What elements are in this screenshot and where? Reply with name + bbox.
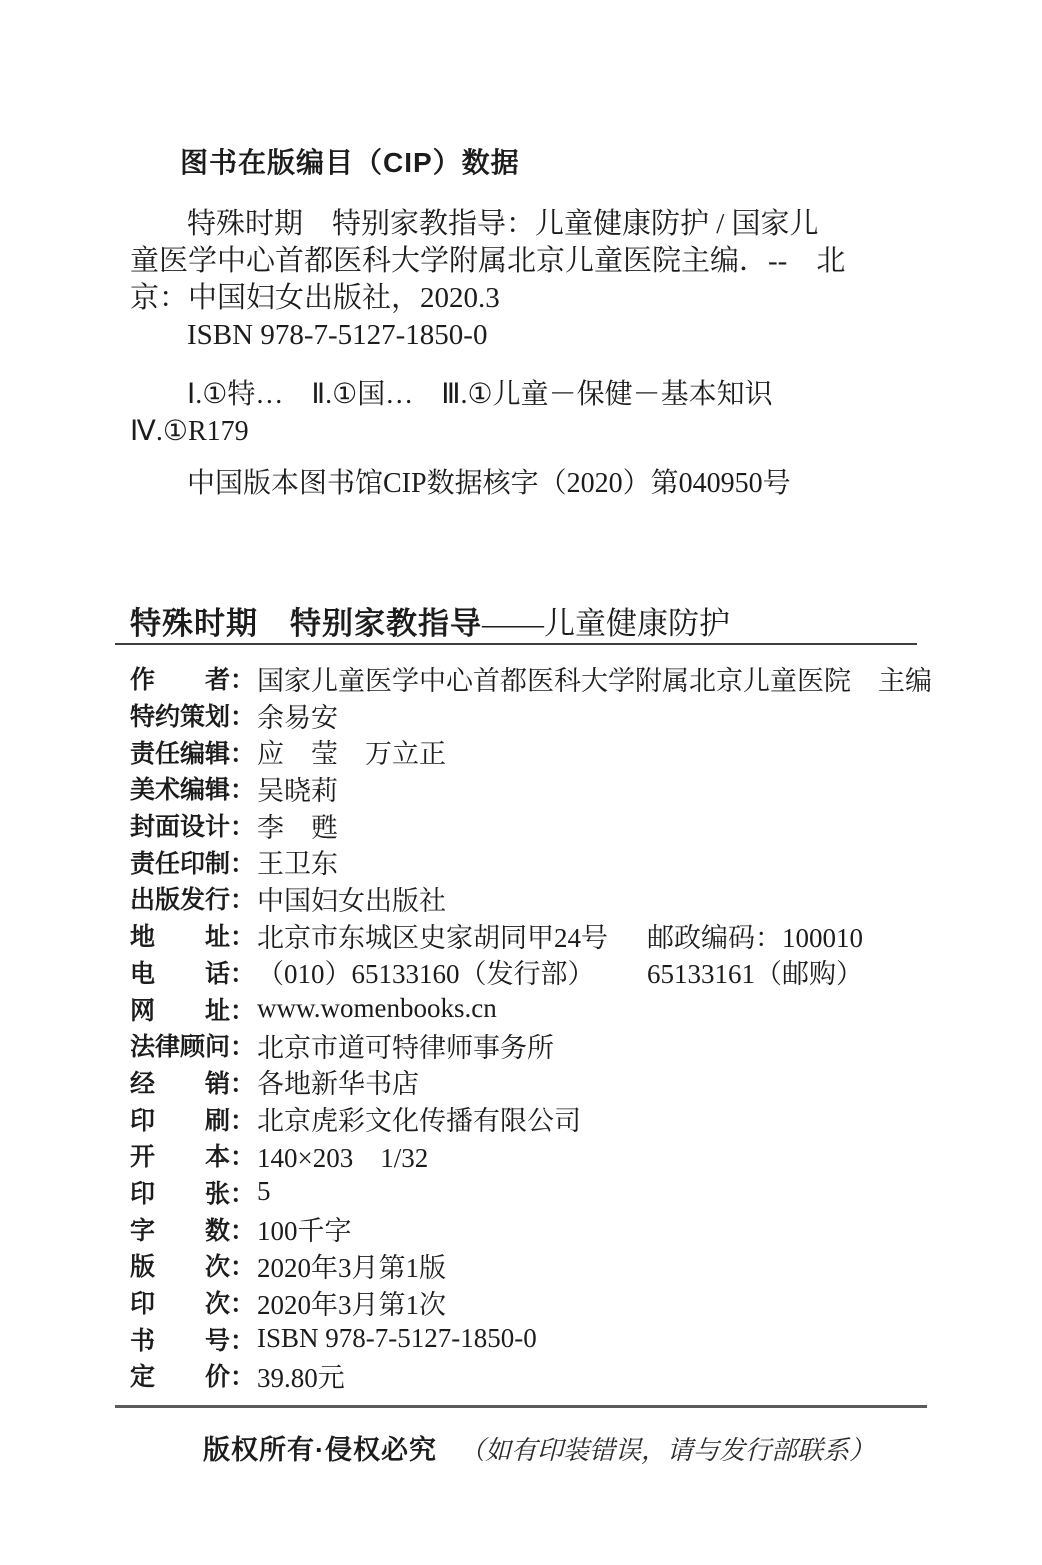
row-colon: ： [230,1321,255,1357]
row-colon: ： [230,1357,255,1393]
book-title-subtitle: ——儿童健康防护 [482,606,730,641]
colophon-row: 作 者：国家儿童医学中心首都医科大学附属北京儿童医院 主编 [130,660,930,697]
row-label: 印 刷 [130,1101,230,1137]
cip-paragraph-line: 特殊时期 特别家教指导：儿童健康防护 / 国家儿 [130,206,845,243]
title-divider [115,643,917,645]
row-colon: ： [230,1064,255,1100]
row-label: 封面设计 [130,807,230,843]
row-value-secondary: 邮政编码：100010 [647,916,863,955]
row-colon: ： [230,991,255,1027]
footer: 版权所有·侵权必究（如有印装错误，请与发行部联系） [203,1428,875,1467]
row-value: 北京市道可特律师事务所 [257,1026,554,1065]
row-label: 美术编辑 [130,770,230,806]
row-label: 字 数 [130,1211,230,1247]
cip-classification: Ⅰ.①特… Ⅱ.①国… Ⅲ.①儿童－保健－基本知识Ⅳ.①R179 [130,376,773,450]
row-colon: ： [230,1284,255,1320]
row-value: 39.80元 [257,1356,345,1395]
colophon-row: 美术编辑：吴晓莉 [130,770,930,807]
book-title: 特殊时期 特别家教指导——儿童健康防护 [130,598,730,643]
row-label: 出版发行 [130,880,230,916]
row-value: www.womenbooks.cn [257,993,497,1024]
row-value: 余易安 [257,696,338,735]
row-colon: ： [230,660,255,696]
row-colon: ： [230,844,255,880]
row-label: 电 话 [130,954,230,990]
colophon-row: 法律顾问：北京市道可特律师事务所 [130,1027,930,1064]
row-label: 特约策划 [130,697,230,733]
row-label: 版 次 [130,1247,230,1283]
colophon-row: 书 号：ISBN 978-7-5127-1850-0 [130,1320,930,1357]
row-label: 地 址 [130,917,230,953]
colophon-row: 印 刷：北京虎彩文化传播有限公司 [130,1100,930,1137]
colophon-row: 印 次：2020年3月第1次 [130,1284,930,1321]
row-value: 100千字 [257,1209,352,1248]
book-title-main: 特殊时期 特别家教指导 [130,606,482,641]
row-label: 印 张 [130,1174,230,1210]
row-value: 李 甦 [257,806,338,845]
row-value: 吴晓莉 [257,769,338,808]
row-colon: ： [230,1174,255,1210]
colophon-row: 特约策划：余易安 [130,697,930,734]
row-label: 法律顾问 [130,1027,230,1063]
classification-line: Ⅰ.①特… Ⅱ.①国… Ⅲ.①儿童－保健－基本知识 [130,376,773,413]
row-value: （010）65133160（发行部） [257,952,595,991]
row-label: 开 本 [130,1137,230,1173]
colophon-row: 字 数：100千字 [130,1210,930,1247]
copyright-page: 图书在版编目（CIP）数据 特殊时期 特别家教指导：儿童健康防护 / 国家儿童医… [0,0,1042,1565]
cip-paragraph-line: 京：中国妇女出版社，2020.3 [130,280,845,317]
row-colon: ： [230,734,255,770]
row-value-secondary: 65133161（邮购） [647,952,863,991]
colophon-row: 开 本：140×203 1/32 [130,1137,930,1174]
row-value: 5 [257,1176,271,1207]
row-colon: ： [230,1137,255,1173]
row-label: 责任印制 [130,844,230,880]
row-value: 各地新华书店 [257,1062,419,1101]
row-value: 应 莹 万立正 [257,732,446,771]
row-label: 经 销 [130,1064,230,1100]
row-colon: ： [230,770,255,806]
row-colon: ： [230,954,255,990]
cip-paragraph: 特殊时期 特别家教指导：儿童健康防护 / 国家儿童医学中心首都医科大学附属北京儿… [130,206,845,354]
copyright-notice: 版权所有·侵权必究 [203,1435,437,1465]
row-colon: ： [230,1247,255,1283]
colophon-row: 地 址：北京市东城区史家胡同甲24号邮政编码：100010 [130,917,930,954]
row-colon: ： [230,1027,255,1063]
row-value: 国家儿童医学中心首都医科大学附属北京儿童医院 主编 [257,659,932,698]
row-colon: ： [230,697,255,733]
row-label: 作 者 [130,660,230,696]
copyright-note: （如有印装错误，请与发行部联系） [459,1436,875,1465]
row-value: 2020年3月第1次 [257,1283,446,1322]
colophon-row: 网 址：www.womenbooks.cn [130,990,930,1027]
colophon-row: 定 价：39.80元 [130,1357,930,1394]
colophon-rows: 作 者：国家儿童医学中心首都医科大学附属北京儿童医院 主编特约策划：余易安责任编… [130,660,930,1394]
row-label: 责任编辑 [130,734,230,770]
colophon-row: 出版发行：中国妇女出版社 [130,880,930,917]
cip-record-number: 中国版本图书馆CIP数据核字（2020）第040950号 [187,461,791,501]
colophon-row: 责任编辑：应 莹 万立正 [130,733,930,770]
row-value: 140×203 1/32 [257,1136,428,1175]
row-label: 定 价 [130,1357,230,1393]
row-label: 网 址 [130,991,230,1027]
row-colon: ： [230,807,255,843]
footer-divider [115,1405,927,1408]
colophon-row: 电 话：（010）65133160（发行部）65133161（邮购） [130,954,930,991]
row-colon: ： [230,880,255,916]
row-colon: ： [230,1211,255,1247]
row-label: 印 次 [130,1284,230,1320]
classification-line: Ⅳ.①R179 [130,413,773,450]
row-value: 北京虎彩文化传播有限公司 [257,1099,581,1138]
colophon-row: 责任印制：王卫东 [130,843,930,880]
row-value: ISBN 978-7-5127-1850-0 [257,1323,537,1354]
colophon-row: 封面设计：李 甦 [130,807,930,844]
row-value: 中国妇女出版社 [257,879,446,918]
colophon-row: 印 张：5 [130,1174,930,1211]
row-label: 书 号 [130,1321,230,1357]
row-colon: ： [230,1101,255,1137]
cip-heading: 图书在版编目（CIP）数据 [180,141,520,181]
row-value: 王卫东 [257,842,338,881]
colophon-row: 版 次：2020年3月第1版 [130,1247,930,1284]
row-value: 2020年3月第1版 [257,1246,446,1285]
row-value: 北京市东城区史家胡同甲24号 [257,916,608,955]
row-colon: ： [230,917,255,953]
colophon-row: 经 销：各地新华书店 [130,1064,930,1101]
cip-paragraph-line: 童医学中心首都医科大学附属北京儿童医院主编．-- 北 [130,243,845,280]
cip-paragraph-line: ISBN 978-7-5127-1850-0 [130,317,845,354]
